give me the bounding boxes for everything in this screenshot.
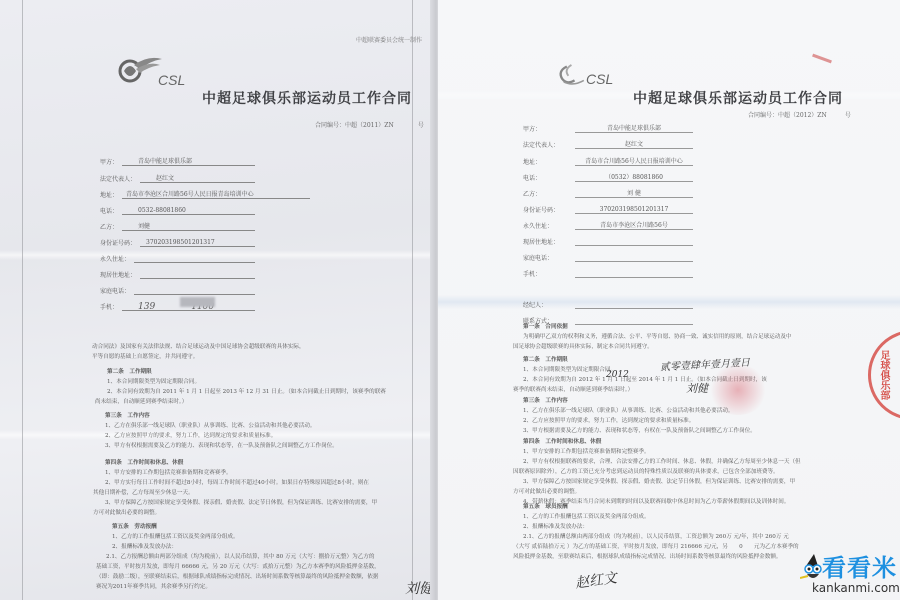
field-id-number: 身份证号码：370203198501201317 [523,205,693,214]
field-party-a: 甲方：青岛中能足球俱乐部 [100,157,255,166]
csl-swirl-icon [118,55,162,85]
field-mobile: 手机：139 1100 [100,302,255,311]
field-agent: 经纪人： [523,300,693,309]
field-id-number: 身份证号码：370203198501201317 [100,238,255,247]
contract-number: 合同编号：中超（2011）ZN 号 [315,120,424,129]
section-compensation: 第五条 劳动报酬 1、乙方的工作报酬包括工资以及奖金两部分组成。 2、报酬标准及… [112,522,380,592]
csl-logo-text: CSL [586,71,613,87]
field-permanent-address: 永久住址：青岛市李沧区合川路56号 [523,221,693,230]
field-mobile: 手机： [523,269,693,278]
csl-swirl-icon [556,63,590,87]
field-current-address: 现居住地址： [100,270,255,279]
handwritten-start-year: 2012 [606,370,629,380]
csl-logo-text: CSL [158,72,185,88]
redacted-phone-digits [180,297,215,307]
section-work-content: 第三条 工作内容 1、乙方在俱乐部一线足球队（职业队）从事训练、比赛、公益活动和… [513,396,756,436]
intro-paragraph: 动合同法》及国家有关法律法规、结合足球运动及中国足球协会超级联赛的具体实际， 平… [92,342,305,362]
field-party-b: 乙方：刘 健 [523,189,693,198]
right-contract-page: CSL 中超足球俱乐部运动员工作合同 合同编号：中超（2012）ZN 号 甲方：… [438,0,900,600]
section-work-hours: 第四条 工作时间和休息、休假 1、甲方安排的工作期包括竞赛准备期和竞赛赛季。 2… [105,458,377,518]
club-rep-signature: 赵红文 [574,567,618,593]
watermark-brand-name: 看看米 [822,548,897,583]
scan-edge-line [412,0,413,600]
contract-title: 中超足球俱乐部运动员工作合同 [202,88,412,108]
field-current-address: 现居住地址： [523,237,693,246]
stamp-text: 足球俱乐部 [876,350,891,400]
field-address: 地址：青岛市李沧区合川路56号人民日报青岛培训中心 [100,190,310,199]
field-party-a: 甲方：青岛中能足球俱乐部 [523,124,693,133]
red-ink-mark [812,54,832,64]
field-phone: 电话：（0532）88081860 [523,173,693,182]
csl-logo: CSL [118,55,193,100]
kankanmi-watermark: 看看米 kankanmi.com [800,548,900,600]
field-legal-rep: 法定代表人：赵红文 [100,174,255,183]
field-permanent-address: 永久住址： [100,254,255,263]
csl-logo: CSL [556,63,621,98]
left-contract-page: 中超联赛委员会统一制作 CSL 中超足球俱乐部运动员工作合同 合同编号：中超（2… [0,0,437,600]
contract-title: 中超足球俱乐部运动员工作合同 [633,88,843,108]
player-signature: 刘健 [405,578,433,598]
field-party-b: 乙方：刘健 [100,222,255,231]
handwritten-initials: 刘健 [686,380,708,396]
top-note: 中超联赛委员会统一制作 [356,35,422,44]
section-work-hours: 第四条 工作时间和休息、休假 1、甲方安排的工作期包括竞赛准备期和完整赛季。 2… [513,437,801,507]
field-legal-rep: 法定代表人：赵红文 [523,140,693,149]
scan-edge-line [22,0,23,600]
field-address: 地址：青岛市合川路56号人民日报培训中心 [523,157,693,166]
field-home-phone: 家庭电话： [100,286,255,295]
section-player-compensation: 第五条 球员报酬 1、乙方的工作报酬包括工资以及奖金两部分组成。 2、报酬标准及… [513,502,799,562]
section-contract-basis: 第一条 合同依据 为明确甲乙双方的权利和义务，遵循合法、公平、平等自愿、协商一致… [513,322,792,352]
contract-number: 合同编号：中超（2012）ZN 号 [748,110,851,119]
field-phone: 电话：0532-88081860 [100,206,255,215]
section-work-content: 第三条 工作内容 1、乙方在俱乐部一线足球队（职业队）从事训练、比赛、公益活动和… [105,411,338,451]
section-work-term: 第二条 工作期限 1、本合同期限类型为固定期限合同。 2、本合同有效期为自 20… [95,367,386,407]
field-home-phone: 家庭电话： [523,253,693,262]
watermark-url: kankanmi.com [812,581,900,595]
